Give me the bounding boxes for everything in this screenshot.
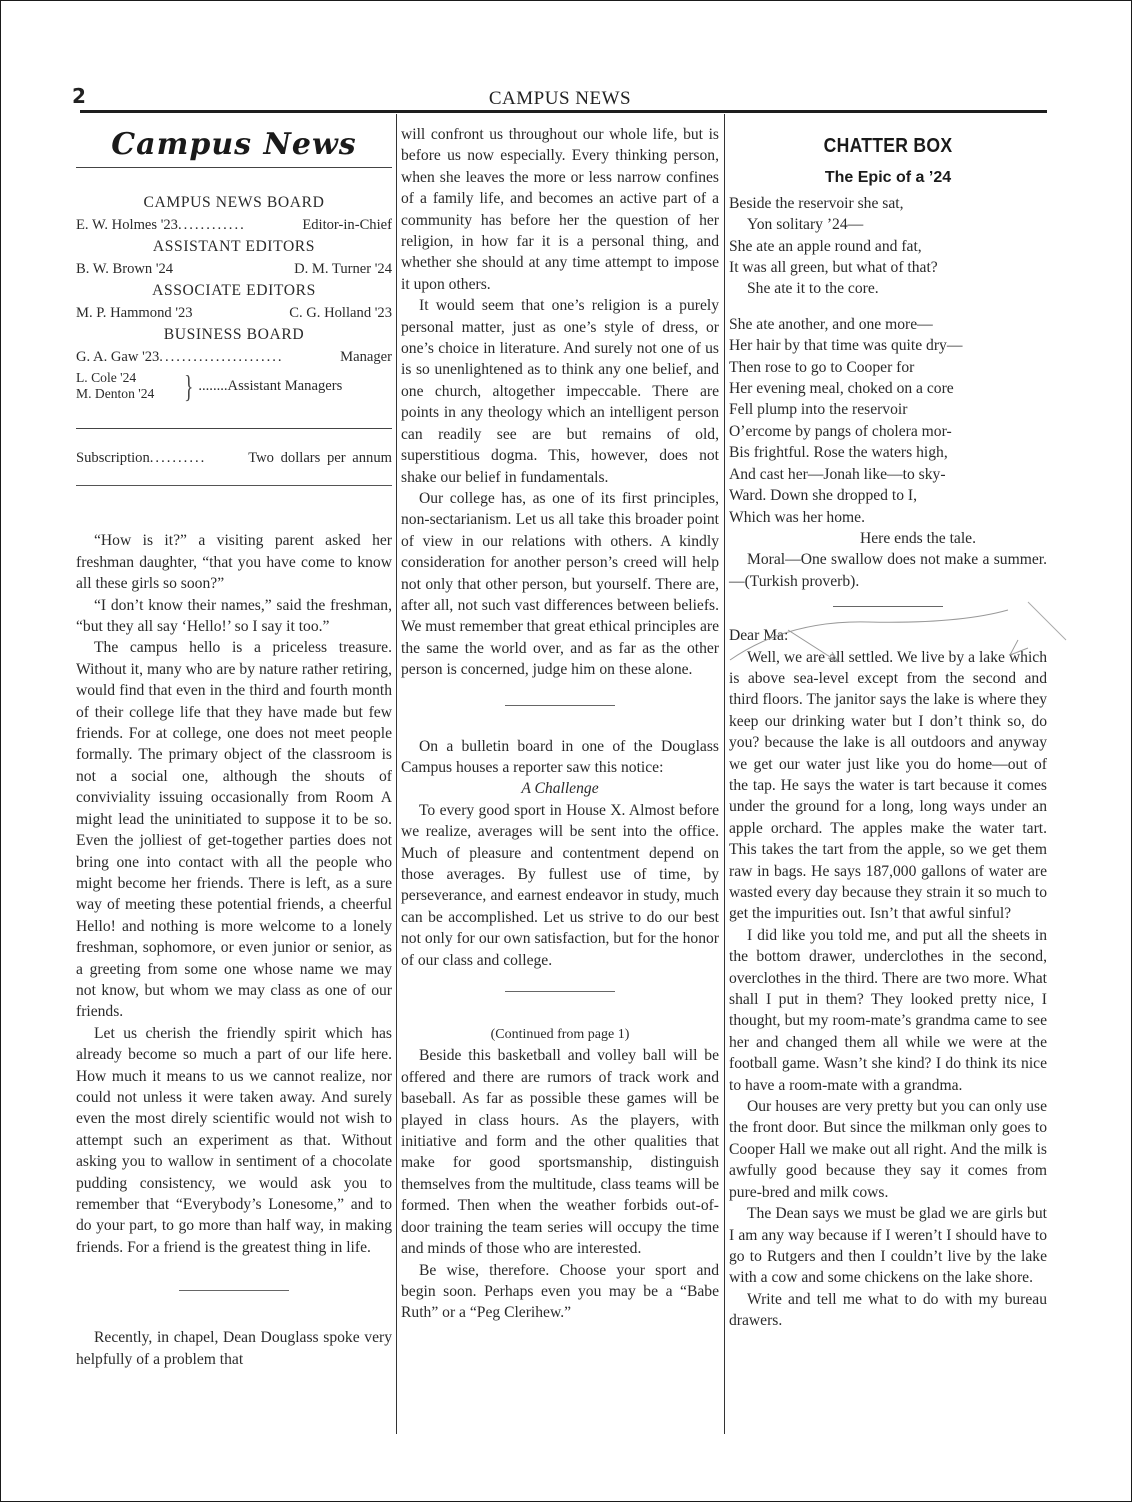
poem-line: Fell plump into the reservoir <box>729 399 1047 420</box>
assistant-editors-row: B. W. Brown '24 D. M. Turner '24 <box>76 258 392 280</box>
sports-article: (Continued from page 1) Beside this bask… <box>401 1024 719 1324</box>
assistant-managers-role: ........Assistant Managers <box>198 378 392 394</box>
poem-stanza: Beside the reservoir she sat,Yon solitar… <box>729 193 1047 300</box>
subscription-row: Subscription .......... Two dollars per … <box>76 447 392 469</box>
poem-title: The Epic of a ’24 <box>729 167 1047 188</box>
manager-row: G. A. Gaw '23 ...................... Man… <box>76 346 392 368</box>
separator-rule <box>179 1290 289 1291</box>
header-rule <box>80 110 1047 113</box>
poem-end: Here ends the tale. <box>729 528 1047 549</box>
poem-line: Yon solitary ’24— <box>729 214 1047 235</box>
assistant-editors-heading: ASSISTANT EDITORS <box>76 236 392 258</box>
paragraph: I did like you told me, and put all the … <box>729 925 1047 1096</box>
paragraph: The Dean says we must be glad we are gir… <box>729 1203 1047 1289</box>
associate-editor: M. P. Hammond '23 <box>76 302 193 324</box>
letter-salutation: Dear Ma: <box>729 625 1047 646</box>
masthead-rule <box>76 167 392 168</box>
associate-editor: C. G. Holland '23 <box>289 302 392 324</box>
poem-line: Her hair by that time was quite dry— <box>729 335 1047 356</box>
poem-line: Ward. Down she dropped to I, <box>729 485 1047 506</box>
paragraph: Let us cherish the friendly spirit which… <box>76 1023 392 1258</box>
paragraph: Our houses are very pretty but you can o… <box>729 1096 1047 1203</box>
poem-line: It was all green, but what of that? <box>729 257 1047 278</box>
poem-line: She ate another, and one more— <box>729 314 1047 335</box>
column-2: will confront us throughout our whole li… <box>401 114 719 1324</box>
poem-line: O’ercome by pangs of cholera mor- <box>729 421 1047 442</box>
assistant-manager: L. Cole '24 <box>76 370 181 386</box>
poem-line: Then rose to go to Cooper for <box>729 357 1047 378</box>
bulletin-notice: On a bulletin board in one of the Dougla… <box>401 736 719 971</box>
separator-rule <box>833 606 943 607</box>
associate-editors-row: M. P. Hammond '23 C. G. Holland '23 <box>76 302 392 324</box>
editor-role: Editor-in-Chief <box>302 214 392 236</box>
associate-editors-heading: ASSOCIATE EDITORS <box>76 280 392 302</box>
business-board-heading: BUSINESS BOARD <box>76 324 392 346</box>
assistant-manager: M. Denton '24 <box>76 386 181 402</box>
section-title: CHATTER BOX <box>748 136 1028 157</box>
religion-editorial: will confront us throughout our whole li… <box>401 124 719 681</box>
board-heading: CAMPUS NEWS BOARD <box>76 192 392 214</box>
paragraph: The campus hello is a priceless treasure… <box>76 637 392 1022</box>
page-number: 2 <box>72 84 86 108</box>
religion-editorial-start: Recently, in chapel, Dean Douglass spoke… <box>76 1327 392 1370</box>
column-3: CHATTER BOX The Epic of a ’24 Beside the… <box>729 114 1047 1332</box>
column-1: Campus News CAMPUS NEWS BOARD E. W. Holm… <box>76 114 392 1370</box>
assistant-managers-row: L. Cole '24 M. Denton '24 } ........Assi… <box>76 370 392 402</box>
separator-rule <box>505 705 615 706</box>
section-rule <box>76 485 392 486</box>
paragraph: Be wise, therefore. Choose your sport an… <box>401 1260 719 1324</box>
role-label: Assistant Managers <box>228 378 343 394</box>
dear-ma-letter: Dear Ma: Well, we are all settled. We li… <box>729 625 1047 1331</box>
continued-label: (Continued from page 1) <box>401 1024 719 1045</box>
editor-in-chief-row: E. W. Holmes '23 ............ Editor-in-… <box>76 214 392 236</box>
hello-editorial: “How is it?” a visiting parent asked her… <box>76 530 392 1258</box>
poem-line: Beside the reservoir she sat, <box>729 193 1047 214</box>
brace-icon: } <box>184 370 193 402</box>
paragraph: Beside this basketball and volley ball w… <box>401 1045 719 1259</box>
assistant-manager-names: L. Cole '24 M. Denton '24 <box>76 370 181 402</box>
assistant-editor: B. W. Brown '24 <box>76 258 173 280</box>
leader-dots: ...................... <box>159 346 340 368</box>
running-title: CAMPUS NEWS <box>390 88 730 110</box>
editor-name: E. W. Holmes '23 <box>76 214 178 236</box>
paragraph: On a bulletin board in one of the Dougla… <box>401 736 719 779</box>
subscription-rule <box>76 428 392 429</box>
masthead-title: Campus News <box>76 134 392 155</box>
poem-line: Bis frightful. Rose the waters high, <box>729 442 1047 463</box>
manager-role: Manager <box>340 346 392 368</box>
poem-stanza: She ate another, and one more—Her hair b… <box>729 314 1047 528</box>
paragraph: Well, we are all settled. We live by a l… <box>729 647 1047 925</box>
paragraph: “How is it?” a visiting parent asked her… <box>76 530 392 594</box>
poem-line: Which was her home. <box>729 507 1047 528</box>
leader-dots: ............ <box>178 214 302 236</box>
paragraph: It would seem that one’s religion is a p… <box>401 295 719 488</box>
poem: Beside the reservoir she sat,Yon solitar… <box>729 193 1047 592</box>
assistant-editor: D. M. Turner '24 <box>294 258 392 280</box>
poem-line: Her evening meal, choked on a core <box>729 378 1047 399</box>
manager-name: G. A. Gaw '23 <box>76 346 159 368</box>
paragraph: Our college has, as one of its first pri… <box>401 488 719 681</box>
column-divider <box>724 114 725 1434</box>
subscription-price: Two dollars per annum <box>206 447 392 469</box>
leader-dots: ........ <box>198 378 227 394</box>
editorial-board: CAMPUS NEWS BOARD E. W. Holmes '23 .....… <box>76 192 392 469</box>
paragraph: “I don’t know their names,” said the fre… <box>76 595 392 638</box>
poem-line: She ate an apple round and fat, <box>729 236 1047 257</box>
subscription-label: Subscription <box>76 447 150 469</box>
paragraph: Write and tell me what to do with my bur… <box>729 1289 1047 1332</box>
poem-line: She ate it to the core. <box>729 278 1047 299</box>
poem-line: And cast her—Jonah like—to sky- <box>729 464 1047 485</box>
separator-rule <box>505 991 615 992</box>
challenge-title: A Challenge <box>401 778 719 799</box>
stanza-gap <box>729 300 1047 314</box>
poem-moral: Moral—One swallow does not make a summer… <box>729 549 1047 592</box>
paragraph: To every good sport in House X. Almost b… <box>401 800 719 971</box>
leader-dots: .......... <box>150 447 206 469</box>
paragraph: will confront us throughout our whole li… <box>401 124 719 295</box>
column-divider <box>396 114 397 1434</box>
